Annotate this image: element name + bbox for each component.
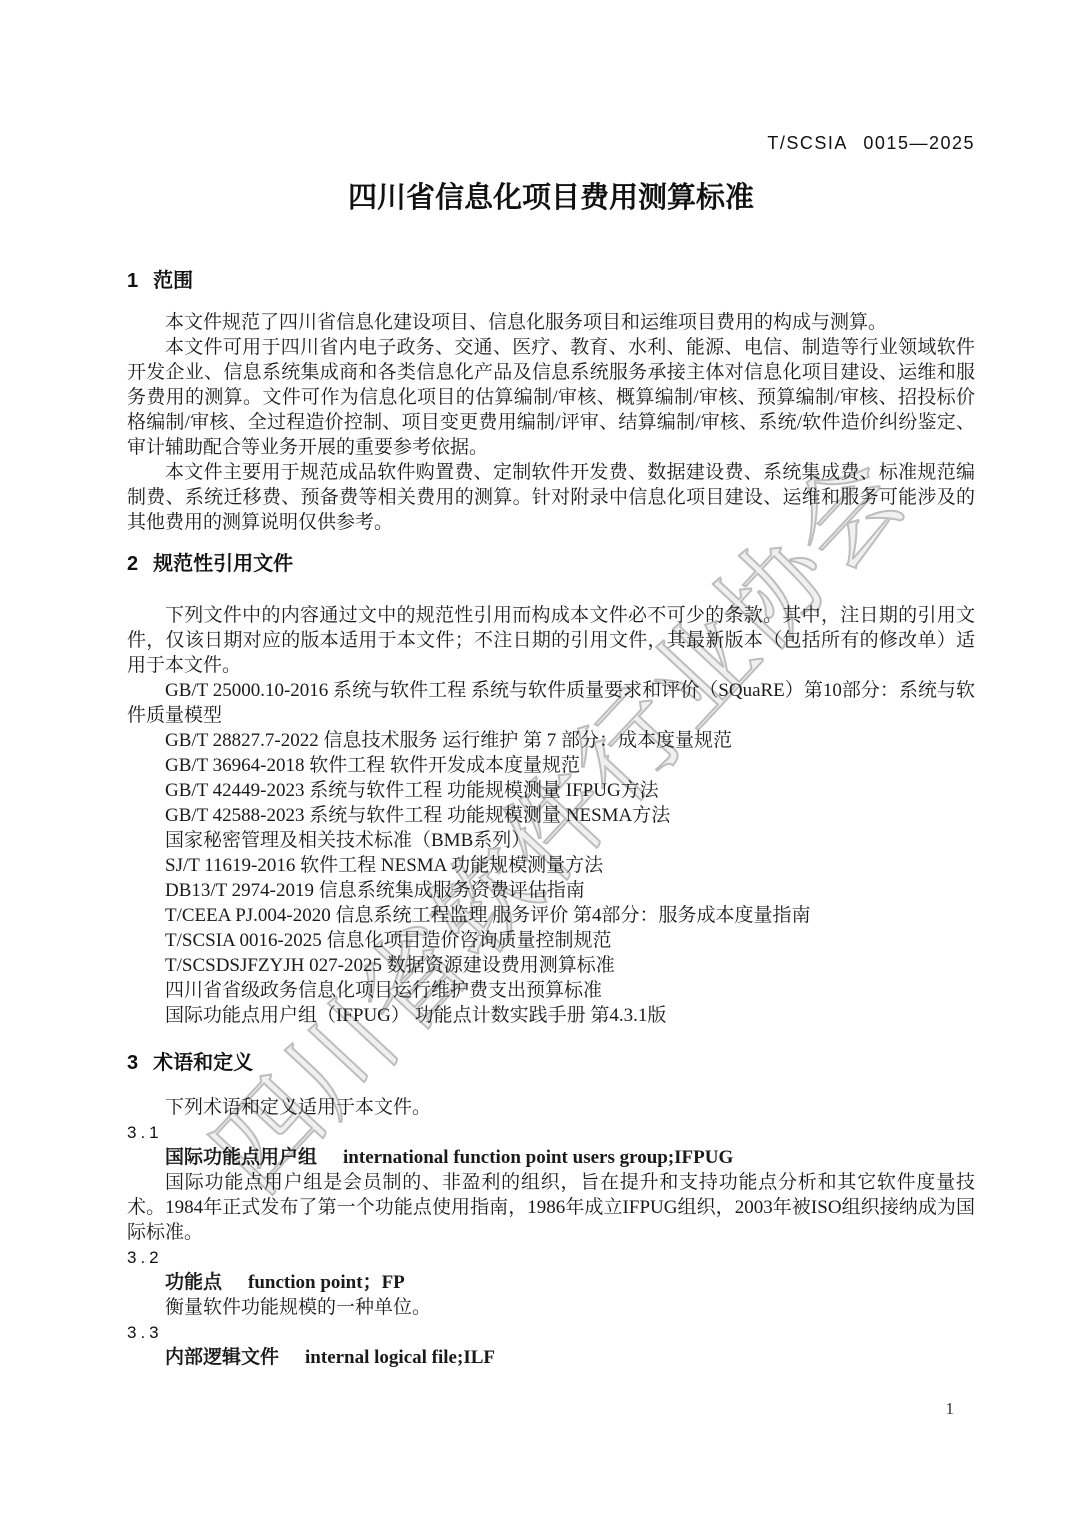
reference-item: GB/T 36964-2018 软件工程 软件开发成本度量规范	[127, 753, 975, 778]
reference-item: GB/T 25000.10-2016 系统与软件工程 系统与软件质量要求和评价（…	[127, 678, 975, 728]
reference-item: DB13/T 2974-2019 信息系统集成服务资费评估指南	[127, 878, 975, 903]
reference-item: GB/T 28827.7-2022 信息技术服务 运行维护 第 7 部分：成本度…	[127, 728, 975, 753]
reference-item: T/SCSDSJFZYJH 027-2025 数据资源建设费用测算标准	[127, 953, 975, 978]
section-2-intro: 下列文件中的内容通过文中的规范性引用而构成本文件必不可少的条款。其中，注日期的引…	[127, 603, 975, 678]
reference-item: GB/T 42588-2023 系统与软件工程 功能规模测量 NESMA方法	[127, 803, 975, 828]
section-2-number: 2	[127, 553, 138, 575]
term-title-zh: 内部逻辑文件	[165, 1347, 279, 1368]
reference-item: 国家秘密管理及相关技术标准（BMB系列）	[127, 828, 975, 853]
document-body: 1范围 本文件规范了四川省信息化建设项目、信息化服务项目和运维项目费用的构成与测…	[127, 0, 975, 1370]
section-3-label: 术语和定义	[153, 1052, 253, 1074]
term-title-en: international function point users group…	[343, 1147, 733, 1168]
section-1-paragraph: 本文件可用于四川省内电子政务、交通、医疗、教育、水利、能源、电信、制造等行业领域…	[127, 335, 975, 460]
section-3-heading: 3术语和定义	[127, 1052, 975, 1074]
reference-item: T/SCSIA 0016-2025 信息化项目造价咨询质量控制规范	[127, 928, 975, 953]
reference-item: T/CEEA PJ.004-2020 信息系统工程监理 服务评价 第4部分：服务…	[127, 903, 975, 928]
term-number: 3.3	[127, 1320, 975, 1345]
section-1-paragraph: 本文件主要用于规范成品软件购置费、定制软件开发费、数据建设费、系统集成费、标准规…	[127, 460, 975, 535]
section-1-number: 1	[127, 270, 138, 292]
reference-item: 国际功能点用户组（IFPUG） 功能点计数实践手册 第4.3.1版	[127, 1003, 975, 1028]
term-title-zh: 国际功能点用户组	[165, 1147, 317, 1168]
section-1-heading: 1范围	[127, 270, 975, 292]
reference-item: GB/T 42449-2023 系统与软件工程 功能规模测量 IFPUG方法	[127, 778, 975, 803]
term-title: 功能点function point；FP	[127, 1270, 975, 1295]
section-3-number: 3	[127, 1052, 138, 1074]
term-definition: 衡量软件功能规模的一种单位。	[127, 1295, 975, 1320]
term-number: 3.2	[127, 1245, 975, 1270]
section-2-label: 规范性引用文件	[153, 553, 293, 575]
section-2-heading: 2规范性引用文件	[127, 553, 975, 575]
term-title-en: internal logical file;ILF	[305, 1347, 495, 1368]
section-3-intro: 下列术语和定义适用于本文件。	[127, 1095, 975, 1120]
section-1-paragraph: 本文件规范了四川省信息化建设项目、信息化服务项目和运维项目费用的构成与测算。	[127, 310, 975, 335]
term-title: 国际功能点用户组international function point use…	[127, 1145, 975, 1170]
reference-item: SJ/T 11619-2016 软件工程 NESMA 功能规模测量方法	[127, 853, 975, 878]
document-page: T/SCSIA 0015—2025 四川省信息化项目费用测算标准 四川省软件行业…	[0, 0, 1080, 1528]
term-definition: 国际功能点用户组是会员制的、非盈利的组织，旨在提升和支持功能点分析和其它软件度量…	[127, 1170, 975, 1245]
page-number: 1	[946, 1399, 955, 1419]
term-number: 3.1	[127, 1120, 975, 1145]
reference-item: 四川省省级政务信息化项目运行维护费支出预算标准	[127, 978, 975, 1003]
term-title-en: function point；FP	[248, 1272, 405, 1293]
section-1-label: 范围	[153, 270, 193, 292]
term-title-zh: 功能点	[165, 1272, 222, 1293]
term-title: 内部逻辑文件internal logical file;ILF	[127, 1345, 975, 1370]
